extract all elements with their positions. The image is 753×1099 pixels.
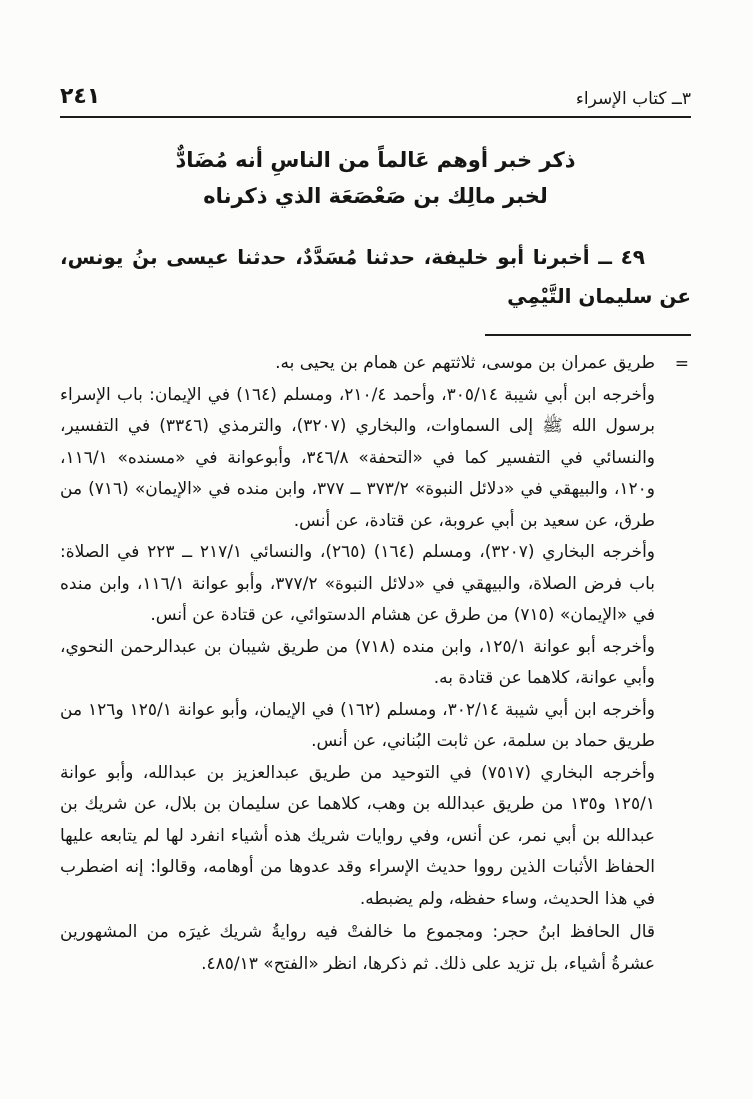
hadith-isnad-text: ٤٩ ــ أخبرنا أبو خليفة، حدثنا مُسَدَّدٌ،… — [60, 238, 691, 316]
footnote-paragraph: وأخرجه أبو عوانة ١٢٥/١، وابن منده (٧١٨) … — [60, 632, 655, 695]
section-heading-line1: ذكر خبر أوهم عَالماً من الناسِ أنه مُضَا… — [176, 148, 576, 172]
chapter-title: ٣ــ كتاب الإسراء — [576, 89, 691, 109]
header-rule — [60, 116, 691, 118]
footnote-paragraph: وأخرجه ابن أبي شيبة ٣٠٢/١٤، ومسلم (١٦٢) … — [60, 695, 655, 758]
footnote-paragraph: وأخرجه البخاري (٣٢٠٧)، ومسلم (١٦٤) (٢٦٥)… — [60, 537, 655, 632]
footnote-paragraph: وأخرجه ابن أبي شيبة ٣٠٥/١٤، وأحمد ٢١٠/٤،… — [60, 380, 655, 538]
footnote-separator — [485, 334, 691, 336]
footnote-paragraph: طريق عمران بن موسى، ثلاثتهم عن همام بن ي… — [60, 348, 655, 380]
page-header: ٣ــ كتاب الإسراء ٢٤١ — [60, 84, 691, 109]
book-page: ٣ــ كتاب الإسراء ٢٤١ ذكر خبر أوهم عَالما… — [0, 0, 753, 1099]
page-number: ٢٤١ — [60, 84, 100, 109]
section-heading-line2: لخبر مالِك بن صَعْصَعَة الذي ذكرناه — [203, 184, 547, 208]
footnote-paragraph: وأخرجه البخاري (٧٥١٧) في التوحيد من طريق… — [60, 758, 655, 916]
footnote-paragraph: قال الحافظ ابنُ حجر: ومجموع ما خالفتْ في… — [60, 917, 655, 980]
footnote-block: = طريق عمران بن موسى، ثلاثتهم عن همام بن… — [60, 348, 691, 980]
footnote-continuation-marker: = — [675, 349, 689, 381]
section-heading: ذكر خبر أوهم عَالماً من الناسِ أنه مُضَا… — [60, 142, 691, 214]
